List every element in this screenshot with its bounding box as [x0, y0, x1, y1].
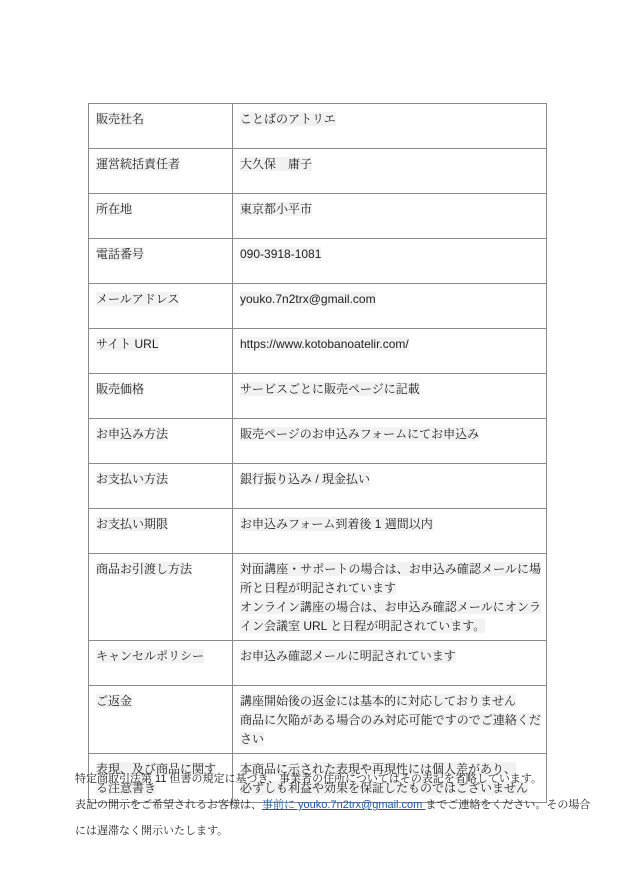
row-value-line: youko.7n2trx@gmail.com [240, 290, 541, 309]
row-value-cell: 090-3918-1081 [233, 239, 547, 284]
table-row: お支払い期限お申込みフォーム到着後 1 週間以内 [89, 509, 547, 554]
row-label-cell: 電話番号 [89, 239, 233, 284]
row-value-line: 商品に欠陥がある場合のみ対応可能ですのでご連絡ください [240, 711, 541, 749]
table-row: サイト URLhttps://www.kotobanoatelir.com/ [89, 329, 547, 374]
row-value-text: https://www.kotobanoatelir.com/ [240, 337, 409, 351]
row-value-text: 090-3918-1081 [240, 247, 321, 261]
row-value-text: オンライン講座の場合は、お申込み確認メールにオンライン会議室 URL と日程が明… [240, 600, 541, 633]
row-value-text: サービスごとに販売ページに記載 [240, 382, 420, 396]
row-label: キャンセルポリシー [96, 649, 204, 663]
row-label: ご返金 [96, 694, 132, 708]
row-label: メールアドレス [96, 292, 179, 306]
row-label: サイト URL [96, 337, 159, 351]
row-value-text: お申込みフォーム到着後 1 週間以内 [240, 517, 433, 531]
row-label: 販売社名 [96, 112, 144, 126]
row-value-cell: サービスごとに販売ページに記載 [233, 374, 547, 419]
row-value-cell: 講座開始後の返金には基本的に対応しておりません商品に欠陥がある場合のみ対応可能で… [233, 686, 547, 754]
table-row: 運営統括責任者大久保 庸子 [89, 149, 547, 194]
row-value-line: 大久保 庸子 [240, 155, 541, 174]
sct-disclosure-table: 販売社名ことばのアトリエ運営統括責任者大久保 庸子所在地東京都小平市電話番号09… [88, 103, 547, 803]
row-value-cell: youko.7n2trx@gmail.com [233, 284, 547, 329]
row-label-cell: メールアドレス [89, 284, 233, 329]
row-label: 電話番号 [96, 247, 144, 261]
footer-line-1-text: 特定商取引法第 11 但書の規定に基づき、事業者の住所についてはその表記を省略し… [75, 773, 542, 785]
row-value-line: 販売ページのお申込みフォームにてお申込み [240, 425, 541, 444]
table-row: 販売社名ことばのアトリエ [89, 104, 547, 149]
row-value-line: お申込みフォーム到着後 1 週間以内 [240, 515, 541, 534]
row-value-line: サービスごとに販売ページに記載 [240, 380, 541, 399]
table-row: 所在地東京都小平市 [89, 194, 547, 239]
table-row: メールアドレスyouko.7n2trx@gmail.com [89, 284, 547, 329]
row-label: 運営統括責任者 [96, 157, 180, 171]
document-page: 販売社名ことばのアトリエ運営統括責任者大久保 庸子所在地東京都小平市電話番号09… [0, 0, 627, 890]
row-value-line: ことばのアトリエ [240, 110, 541, 129]
row-label: お申込み方法 [96, 427, 168, 441]
footer-line-3: には遅滞なく開示いたします。 [75, 823, 595, 840]
row-value-line: 東京都小平市 [240, 200, 541, 219]
row-value-cell: お申込みフォーム到着後 1 週間以内 [233, 509, 547, 554]
row-value-cell: 東京都小平市 [233, 194, 547, 239]
row-value-text: youko.7n2trx@gmail.com [240, 292, 376, 306]
table-row: キャンセルポリシーお申込み確認メールに明記されています [89, 641, 547, 686]
table-row: 商品お引渡し方法対面講座・サポートの場合は、お申込み確認メールに場所と日程が明記… [89, 554, 547, 641]
row-value-text: ことばのアトリエ [240, 112, 336, 126]
row-value-text: 大久保 庸子 [240, 157, 312, 171]
table-row: ご返金講座開始後の返金には基本的に対応しておりません商品に欠陥がある場合のみ対応… [89, 686, 547, 754]
row-value-line: 090-3918-1081 [240, 245, 541, 264]
row-label-cell: お申込み方法 [89, 419, 233, 464]
table-body: 販売社名ことばのアトリエ運営統括責任者大久保 庸子所在地東京都小平市電話番号09… [89, 104, 547, 803]
row-label-cell: 商品お引渡し方法 [89, 554, 233, 641]
row-value-cell: お申込み確認メールに明記されています [233, 641, 547, 686]
table-row: お支払い方法銀行振り込み / 現金払い [89, 464, 547, 509]
footer-line-3-text: には遅滞なく開示いたします。 [75, 825, 228, 837]
row-label-cell: 販売社名 [89, 104, 233, 149]
footer-line-1: 特定商取引法第 11 但書の規定に基づき、事業者の住所についてはその表記を省略し… [75, 771, 595, 788]
row-value-text: 販売ページのお申込みフォームにてお申込み [240, 427, 479, 441]
row-label-cell: サイト URL [89, 329, 233, 374]
row-label: 販売価格 [96, 382, 144, 396]
row-label: お支払い期限 [96, 517, 168, 531]
table-row: 販売価格サービスごとに販売ページに記載 [89, 374, 547, 419]
row-value-cell: ことばのアトリエ [233, 104, 547, 149]
row-value-line: お申込み確認メールに明記されています [240, 647, 541, 666]
row-label-cell: 販売価格 [89, 374, 233, 419]
email-link[interactable]: 事前に youko.7n2trx@gmail.com [262, 799, 425, 811]
row-value-text: 銀行振り込み / 現金払い [240, 472, 370, 486]
row-value-text: 講座開始後の返金には基本的に対応しておりません [240, 694, 516, 708]
row-label-cell: お支払い期限 [89, 509, 233, 554]
row-label-cell: キャンセルポリシー [89, 641, 233, 686]
row-value-line: オンライン講座の場合は、お申込み確認メールにオンライン会議室 URL と日程が明… [240, 598, 541, 636]
row-value-line: 講座開始後の返金には基本的に対応しておりません [240, 692, 541, 711]
row-label: お支払い方法 [96, 472, 168, 486]
row-value-text: 対面講座・サポートの場合は、お申込み確認メールに場所と日程が明記されています [240, 562, 541, 595]
row-value-cell: https://www.kotobanoatelir.com/ [233, 329, 547, 374]
row-label-cell: 運営統括責任者 [89, 149, 233, 194]
table-row: お申込み方法販売ページのお申込みフォームにてお申込み [89, 419, 547, 464]
footer-note: 特定商取引法第 11 但書の規定に基づき、事業者の住所についてはその表記を省略し… [75, 771, 595, 849]
row-value-text: 東京都小平市 [240, 202, 312, 216]
row-value-line: https://www.kotobanoatelir.com/ [240, 335, 541, 354]
row-value-line: 対面講座・サポートの場合は、お申込み確認メールに場所と日程が明記されています [240, 560, 541, 598]
row-value-cell: 対面講座・サポートの場合は、お申込み確認メールに場所と日程が明記されていますオン… [233, 554, 547, 641]
row-label-cell: お支払い方法 [89, 464, 233, 509]
row-value-text: 商品に欠陥がある場合のみ対応可能ですのでご連絡ください [240, 713, 541, 746]
row-value-line: 銀行振り込み / 現金払い [240, 470, 541, 489]
row-value-cell: 銀行振り込み / 現金払い [233, 464, 547, 509]
row-label-cell: 所在地 [89, 194, 233, 239]
table-row: 電話番号090-3918-1081 [89, 239, 547, 284]
footer-line-2-prefix: 表記の開示をご希望されるお客様は、 [75, 799, 262, 811]
row-value-cell: 販売ページのお申込みフォームにてお申込み [233, 419, 547, 464]
row-value-cell: 大久保 庸子 [233, 149, 547, 194]
row-label: 所在地 [96, 202, 132, 216]
row-label-cell: ご返金 [89, 686, 233, 754]
row-label: 商品お引渡し方法 [96, 562, 192, 576]
footer-line-2-suffix: までご連絡をください。その場合 [425, 799, 590, 811]
footer-line-2: 表記の開示をご希望されるお客様は、事前に youko.7n2trx@gmail.… [75, 797, 595, 814]
row-value-text: お申込み確認メールに明記されています [240, 649, 456, 663]
